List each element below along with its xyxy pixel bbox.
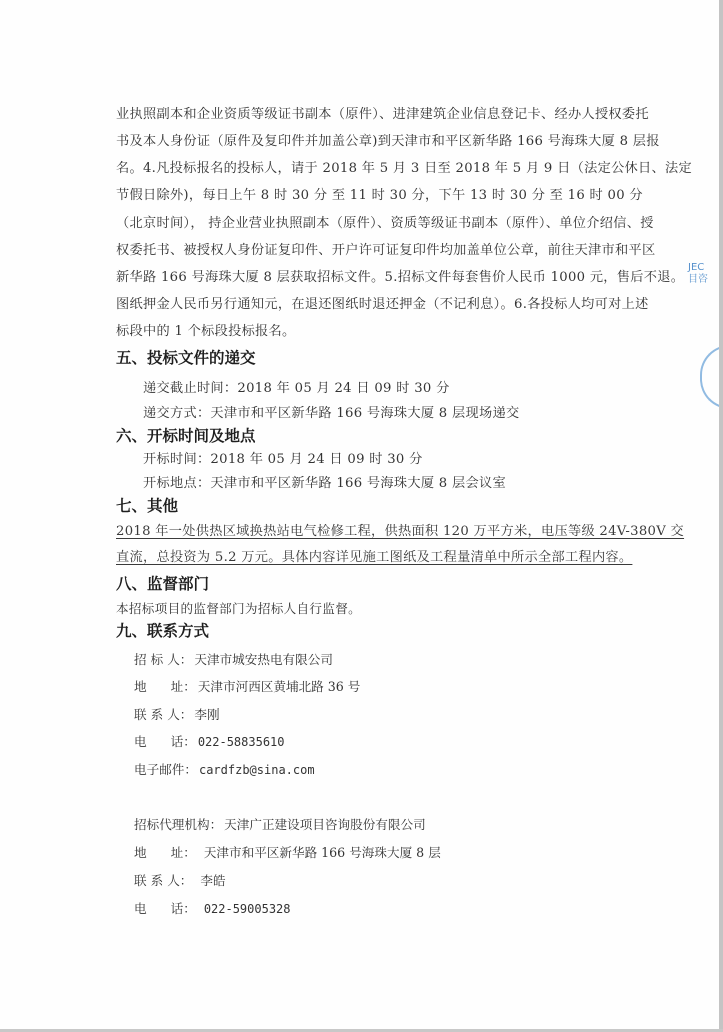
agency-contact-row: 联 系 人：李皓 [134, 870, 226, 889]
section-heading-submission: 五、投标文件的递交 [116, 346, 256, 368]
label: 电 话： [134, 898, 196, 917]
supervision-text: 本招标项目的监督部门为招标人自行监督。 [116, 598, 361, 617]
paragraph-line: 标段中的 1 个标段投标报名。 [116, 320, 296, 339]
document-page: 业执照副本和企业资质等级证书副本（原件）、进津建筑企业信息登记卡、经办人授权委托… [0, 0, 723, 1032]
paragraph-line: 名。4.凡投标报名的投标人，请于 2018 年 5 月 3 日至 2018 年 … [116, 157, 692, 176]
agency-name-row: 招标代理机构：天津广正建设项目咨询股份有限公司 [134, 814, 426, 833]
tenderer-address: 天津市河西区黄埔北路 36 号 [198, 679, 361, 694]
other-description-line1: 2018 年一处供热区域换热站电气检修工程，供热面积 120 万平方米，电压等级… [116, 520, 684, 539]
label: 招标代理机构： [134, 814, 222, 833]
label: 电 话： [134, 731, 196, 750]
paragraph-line: 书及本人身份证（原件及复印件并加盖公章)到天津市和平区新华路 166 号海珠大厦… [116, 130, 660, 149]
section-heading-contact: 九、联系方式 [116, 619, 209, 641]
other-description-line2: 直流，总投资为 5.2 万元。具体内容详见施工图纸及工程量清单中所示全部工程内容… [116, 546, 632, 565]
paragraph-line: 新华路 166 号海珠大厦 8 层获取招标文件。5.招标文件每套售价人民币 10… [116, 266, 684, 285]
section-heading-supervision: 八、监督部门 [116, 572, 209, 594]
stamp-text: 目咨 [688, 274, 708, 286]
paragraph-line: 图纸押金人民币另行通知元，在退还图纸时退还押金（不记利息）。6.各投标人均可对上… [116, 293, 649, 312]
official-seal-stamp: JEC 目咨 [688, 262, 708, 286]
agency-address: 天津市和平区新华路 166 号海珠大厦 8 层 [204, 845, 441, 860]
agency-phone-row: 电 话：022-59005328 [134, 898, 291, 917]
stamp-text: JEC [688, 262, 708, 274]
label: 电子邮件： [134, 759, 197, 778]
tenderer-name-row: 招 标 人：天津市城安热电有限公司 [134, 649, 333, 668]
tenderer-phone-row: 电 话：022-58835610 [134, 731, 285, 750]
submission-deadline: 递交截止时间：2018 年 05 月 24 日 09 时 30 分 [143, 377, 450, 396]
section-heading-opening: 六、开标时间及地点 [116, 424, 256, 446]
label: 地 址： [134, 676, 196, 695]
agency-phone: 022-59005328 [204, 902, 291, 916]
submission-method: 递交方式：天津市和平区新华路 166 号海珠大厦 8 层现场递交 [143, 402, 519, 421]
tenderer-email-row: 电子邮件：cardfzb@sina.com [134, 759, 315, 778]
paragraph-line: （北京时间）， 持企业营业执照副本（原件）、资质等级证书副本（原件）、单位介绍信… [116, 212, 654, 231]
tenderer-contact: 李刚 [194, 707, 219, 722]
tenderer-phone: 022-58835610 [198, 735, 285, 749]
page-edge-shadow [719, 0, 723, 1032]
label: 地 址： [134, 842, 196, 861]
agency-contact: 李皓 [200, 873, 225, 888]
opening-place: 开标地点：天津市和平区新华路 166 号海珠大厦 8 层会议室 [143, 472, 506, 491]
section-heading-other: 七、其他 [116, 494, 178, 516]
paragraph-line: 业执照副本和企业资质等级证书副本（原件）、进津建筑企业信息登记卡、经办人授权委托 [116, 103, 649, 122]
opening-time: 开标时间：2018 年 05 月 24 日 09 时 30 分 [143, 448, 423, 467]
label: 联 系 人： [134, 870, 192, 889]
label: 招 标 人： [134, 649, 192, 668]
tenderer-contact-row: 联 系 人：李刚 [134, 704, 220, 723]
label: 联 系 人： [134, 704, 192, 723]
agency-name: 天津广正建设项目咨询股份有限公司 [224, 817, 426, 832]
tenderer-address-row: 地 址：天津市河西区黄埔北路 36 号 [134, 676, 360, 695]
paragraph-line: 节假日除外)，每日上午 8 时 30 分 至 11 时 30 分，下午 13 时… [116, 184, 643, 203]
agency-address-row: 地 址：天津市和平区新华路 166 号海珠大厦 8 层 [134, 842, 441, 861]
tenderer-name: 天津市城安热电有限公司 [194, 652, 333, 667]
paragraph-line: 权委托书、被授权人身份证复印件、开户许可证复印件均加盖单位公章，前往天津市和平区 [116, 239, 656, 258]
tenderer-email[interactable]: cardfzb@sina.com [199, 763, 315, 777]
